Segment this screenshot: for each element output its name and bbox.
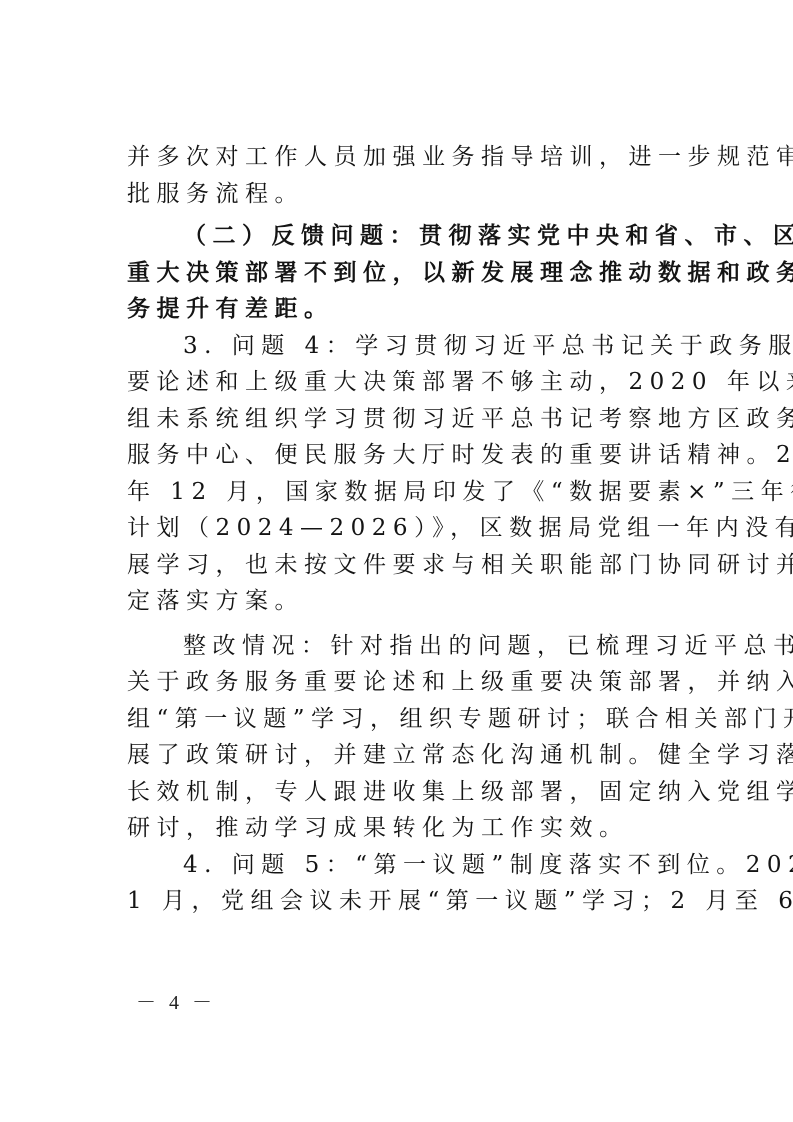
issue-4-line: 年 12 月，国家数据局印发了《“数据要素×”三年行动 (127, 474, 672, 511)
issue-4-line: 要论述和上级重大决策部署不够主动，2020 年以来，党 (127, 364, 672, 401)
issue-4-line: 服务中心、便民服务大厅时发表的重要讲话精神。2023 (127, 437, 672, 474)
paragraph-line: 并多次对工作人员加强业务指导培训，进一步规范审 (127, 139, 672, 176)
rectification-line: 展了政策研讨，并建立常态化沟通机制。健全学习落实 (127, 737, 672, 774)
document-body: 并多次对工作人员加强业务指导培训，进一步规范审 批服务流程。 （二）反馈问题：贯… (127, 139, 672, 920)
issue-4-line: 定落实方案。 (127, 583, 672, 620)
document-page: 并多次对工作人员加强业务指导培训，进一步规范审 批服务流程。 （二）反馈问题：贯… (0, 0, 793, 1122)
issue-4-line: 展学习，也未按文件要求与相关职能部门协同研讨并制 (127, 547, 672, 584)
issue-4-line: 组未系统组织学习贯彻习近平总书记考察地方区政务 (127, 401, 672, 438)
rectification-line: 组“第一议题”学习，组织专题研讨；联合相关部门开 (127, 701, 672, 738)
rectification-line: 研讨，推动学习成果转化为工作实效。 (127, 810, 672, 847)
paragraph-line: 批服务流程。 (127, 176, 672, 213)
issue-5-line: 4. 问题 5：“第一议题”制度落实不到位。2023 年 (127, 847, 672, 884)
section-heading-line: 重大决策部署不到位，以新发展理念推动数据和政务服 (127, 255, 672, 292)
rectification-line: 关于政务服务重要论述和上级重要决策部署，并纳入党 (127, 664, 672, 701)
issue-5-line: 1 月，党组会议未开展“第一议题”学习；2 月至 6 月 (127, 883, 672, 920)
rectification-line: 整改情况：针对指出的问题，已梳理习近平总书记 (127, 628, 672, 665)
section-heading-line: 务提升有差距。 (127, 291, 672, 328)
page-number: － 4 － (136, 986, 216, 1015)
issue-4-line: 计划（2024—2026）》，区数据局党组一年内没有组织开 (127, 510, 672, 547)
rectification-line: 长效机制，专人跟进收集上级部署，固定纳入党组学习 (127, 774, 672, 811)
section-heading-line: （二）反馈问题：贯彻落实党中央和省、市、区委 (127, 218, 672, 255)
issue-4-line: 3. 问题 4：学习贯彻习近平总书记关于政务服务重 (127, 328, 672, 365)
